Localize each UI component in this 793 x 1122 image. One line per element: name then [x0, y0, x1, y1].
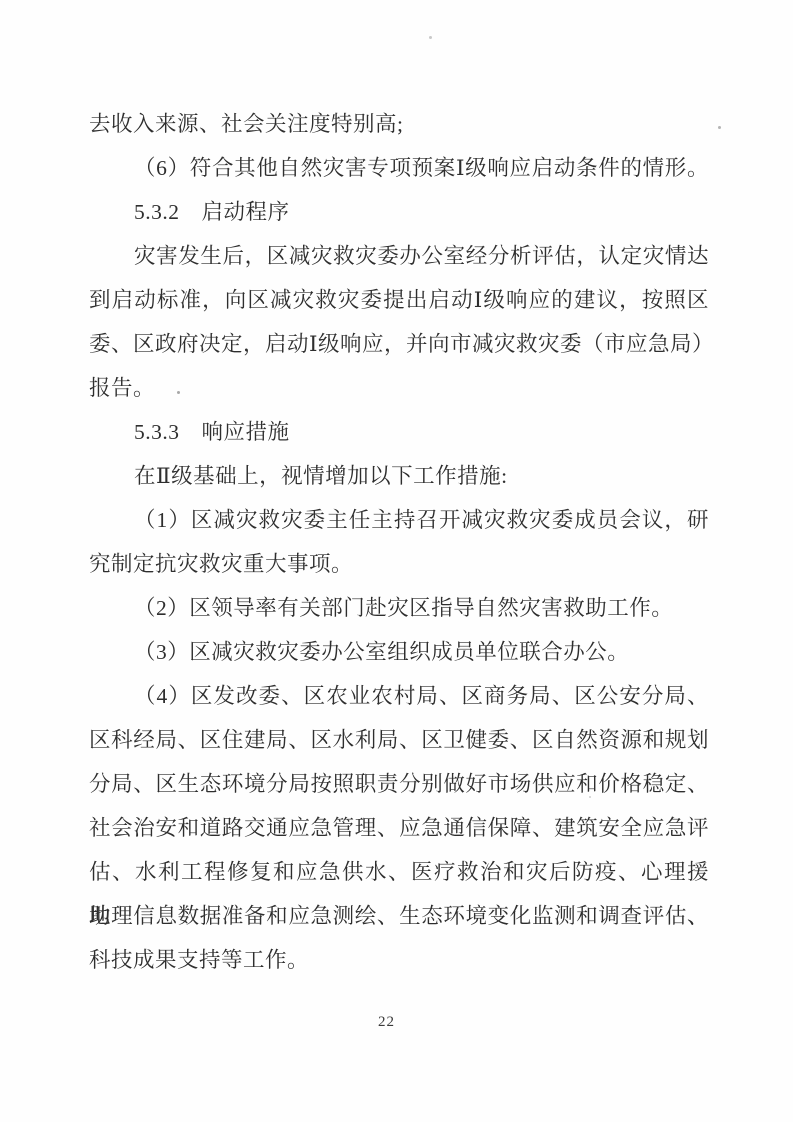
- list-item-3: （3）区减灾救灾委办公室组织成员单位联合办公。: [89, 630, 709, 674]
- list-item-4-line-1: （4）区发改委、区农业农村局、区商务局、区公安分局、: [89, 674, 709, 718]
- list-item-4-line-4: 社会治安和道路交通应急管理、应急通信保障、建筑安全应急评: [89, 806, 709, 850]
- scan-speck: [718, 126, 721, 129]
- list-item-4-line-3: 分局、区生态环境分局按照职责分别做好市场供应和价格稳定、: [89, 762, 709, 806]
- para-startup-line-4: 报告。: [89, 366, 709, 410]
- list-item-4-line-6: 地理信息数据准备和应急测绘、生态环境变化监测和调查评估、: [89, 894, 709, 938]
- para-startup-line-1: 灾害发生后，区减灾救灾委办公室经分析评估，认定灾情达: [89, 234, 709, 278]
- list-item-4-line-7: 科技成果支持等工作。: [89, 938, 709, 982]
- scan-speck: [177, 391, 180, 394]
- scan-speck: [589, 796, 591, 798]
- list-item-4-line-5: 估、水利工程修复和应急供水、医疗救治和灾后防疫、心理援助、: [89, 850, 709, 894]
- list-item-4-line-2: 区科经局、区住建局、区水利局、区卫健委、区自然资源和规划: [89, 718, 709, 762]
- body-line-continuation: 去收入来源、社会关注度特别高;: [89, 102, 709, 146]
- heading-5-3-3: 5.3.3 响应措施: [89, 410, 709, 454]
- heading-5-3-2: 5.3.2 启动程序: [89, 190, 709, 234]
- document-body: 去收入来源、社会关注度特别高; （6）符合其他自然灾害专项预案Ⅰ级响应启动条件的…: [89, 102, 709, 982]
- list-item-1-line-2: 究制定抗灾救灾重大事项。: [89, 542, 709, 586]
- para-startup-line-3: 委、区政府决定，启动Ⅰ级响应，并向市减灾救灾委（市应急局）: [89, 322, 709, 366]
- list-item-6: （6）符合其他自然灾害专项预案Ⅰ级响应启动条件的情形。: [89, 146, 709, 190]
- para-measures-intro: 在Ⅱ级基础上，视情增加以下工作措施:: [89, 454, 709, 498]
- para-startup-line-2: 到启动标准，向区减灾救灾委提出启动Ⅰ级响应的建议，按照区: [89, 278, 709, 322]
- document-page: 去收入来源、社会关注度特别高; （6）符合其他自然灾害专项预案Ⅰ级响应启动条件的…: [0, 0, 793, 1122]
- scan-speck: [429, 36, 432, 39]
- page-number: 22: [0, 1012, 773, 1032]
- list-item-1-line-1: （1）区减灾救灾委主任主持召开减灾救灾委成员会议，研: [89, 498, 709, 542]
- list-item-2: （2）区领导率有关部门赴灾区指导自然灾害救助工作。: [89, 586, 709, 630]
